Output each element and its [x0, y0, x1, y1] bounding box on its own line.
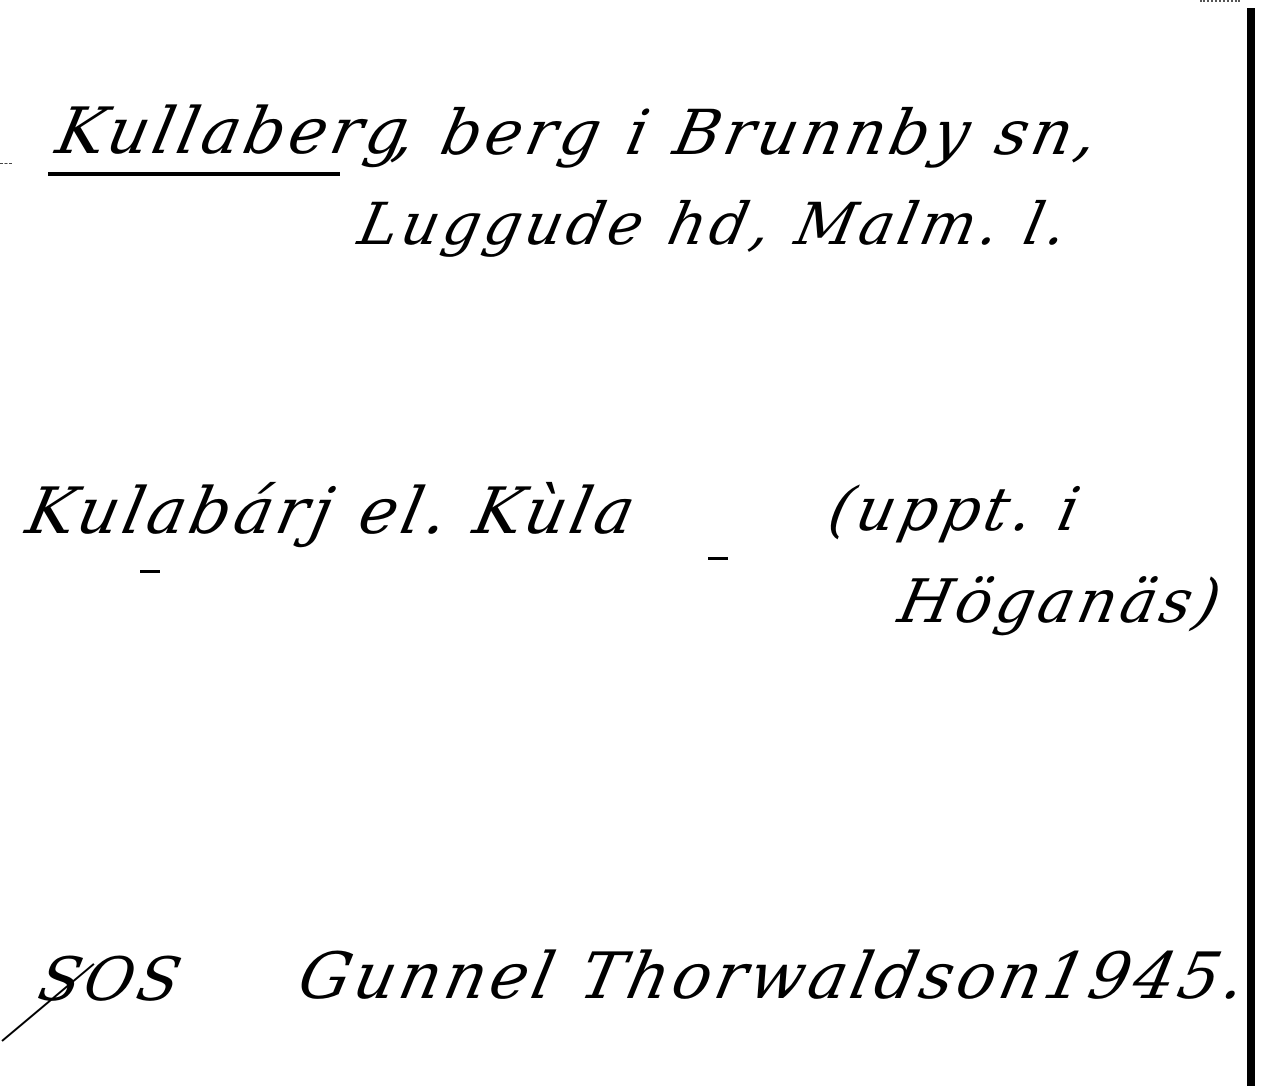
pronunciation-note-open: (uppt. i	[824, 480, 1089, 540]
collection-year: 1945.	[1038, 945, 1255, 1009]
headword: Kullaberg	[51, 100, 418, 164]
scan-artifact-dash	[0, 163, 12, 164]
archive-card: Kullaberg , berg i Brunnby sn, Luggude h…	[0, 0, 1269, 1086]
location-line-2: Luggude hd, Malm. l.	[354, 195, 1076, 253]
headword-underline	[48, 172, 340, 176]
pronunciation-forms: Kulabárj el. Kùla	[21, 480, 644, 544]
scan-artifact-dots	[1200, 0, 1240, 6]
card-edge-border	[1247, 8, 1255, 1086]
length-mark	[140, 570, 160, 573]
pronunciation-note-place: Höganäs)	[894, 572, 1230, 632]
collector-name: Gunnel Thorwaldson	[293, 945, 1052, 1009]
location-line-1: , berg i Brunnby sn,	[388, 102, 1106, 164]
archive-code: SOS	[34, 950, 190, 1010]
length-mark	[708, 557, 728, 560]
